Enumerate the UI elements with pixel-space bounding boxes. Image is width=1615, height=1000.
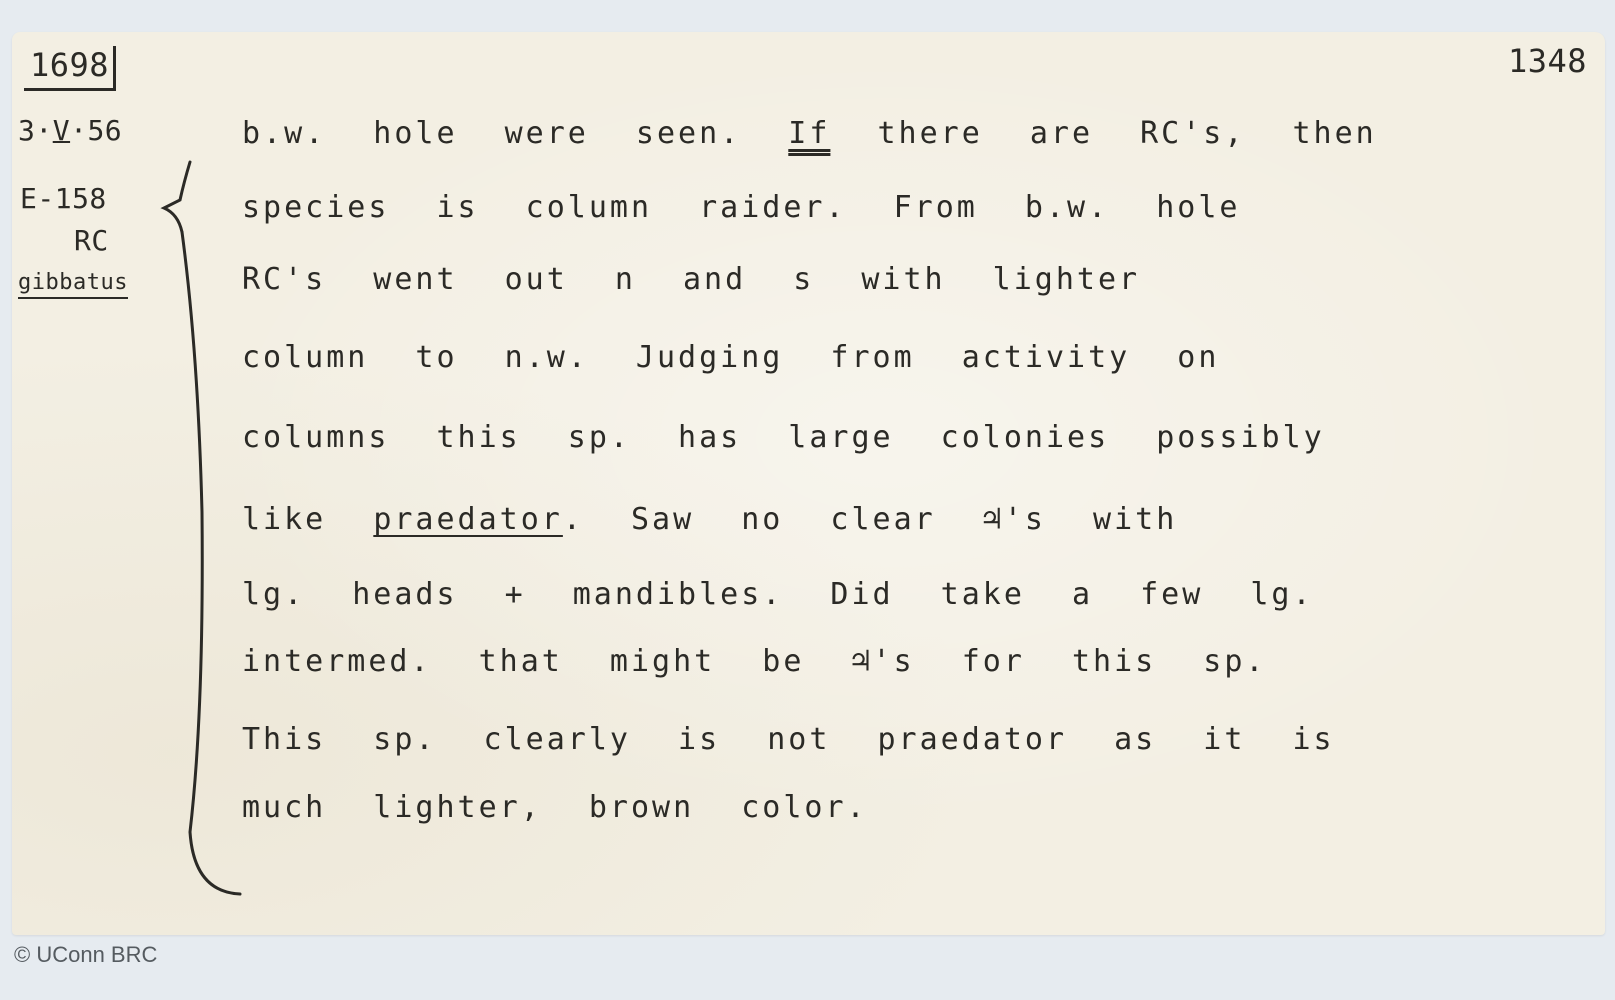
catalog-number: 1698 xyxy=(24,46,116,91)
species-praedator: praedator xyxy=(373,502,563,537)
date-year: 56 xyxy=(87,114,122,147)
species-name: gibbatus xyxy=(18,270,128,299)
collection-date: 3·V·56 xyxy=(18,114,122,147)
note-line-9: This sp. clearly is not praedator as it … xyxy=(242,722,1335,757)
note-line-2: species is column raider. From b.w. hole xyxy=(242,190,1240,225)
caste-code: RC xyxy=(74,224,109,257)
date-month: V xyxy=(53,114,70,147)
bracket-icon xyxy=(160,152,250,912)
index-card: 1698 1348 3·V·56 E-158 RC gibbatus b.w. … xyxy=(12,32,1605,935)
note-line-6: like praedator. Saw no clear ♃'s with xyxy=(242,502,1177,537)
note-line-8: intermed. that might be ♃'s for this sp. xyxy=(242,644,1266,679)
note-body: b.w. hole were seen. If there are RC's, … xyxy=(242,32,1592,935)
note-line-5: columns this sp. has large colonies poss… xyxy=(242,420,1325,455)
note-line-3: RC's went out n and s with lighter xyxy=(242,262,1140,297)
colony-code: E-158 xyxy=(20,182,107,215)
emphasis-if: If xyxy=(788,116,830,151)
note-line-10: much lighter, brown color. xyxy=(242,790,868,825)
date-day: 3 xyxy=(18,114,35,147)
note-line-1: b.w. hole were seen. If there are RC's, … xyxy=(242,116,1377,151)
note-line-7: lg. heads + mandibles. Did take a few lg… xyxy=(242,577,1314,612)
note-line-4: column to n.w. Judging from activity on xyxy=(242,340,1219,375)
copyright-credit: © UConn BRC xyxy=(14,942,157,968)
